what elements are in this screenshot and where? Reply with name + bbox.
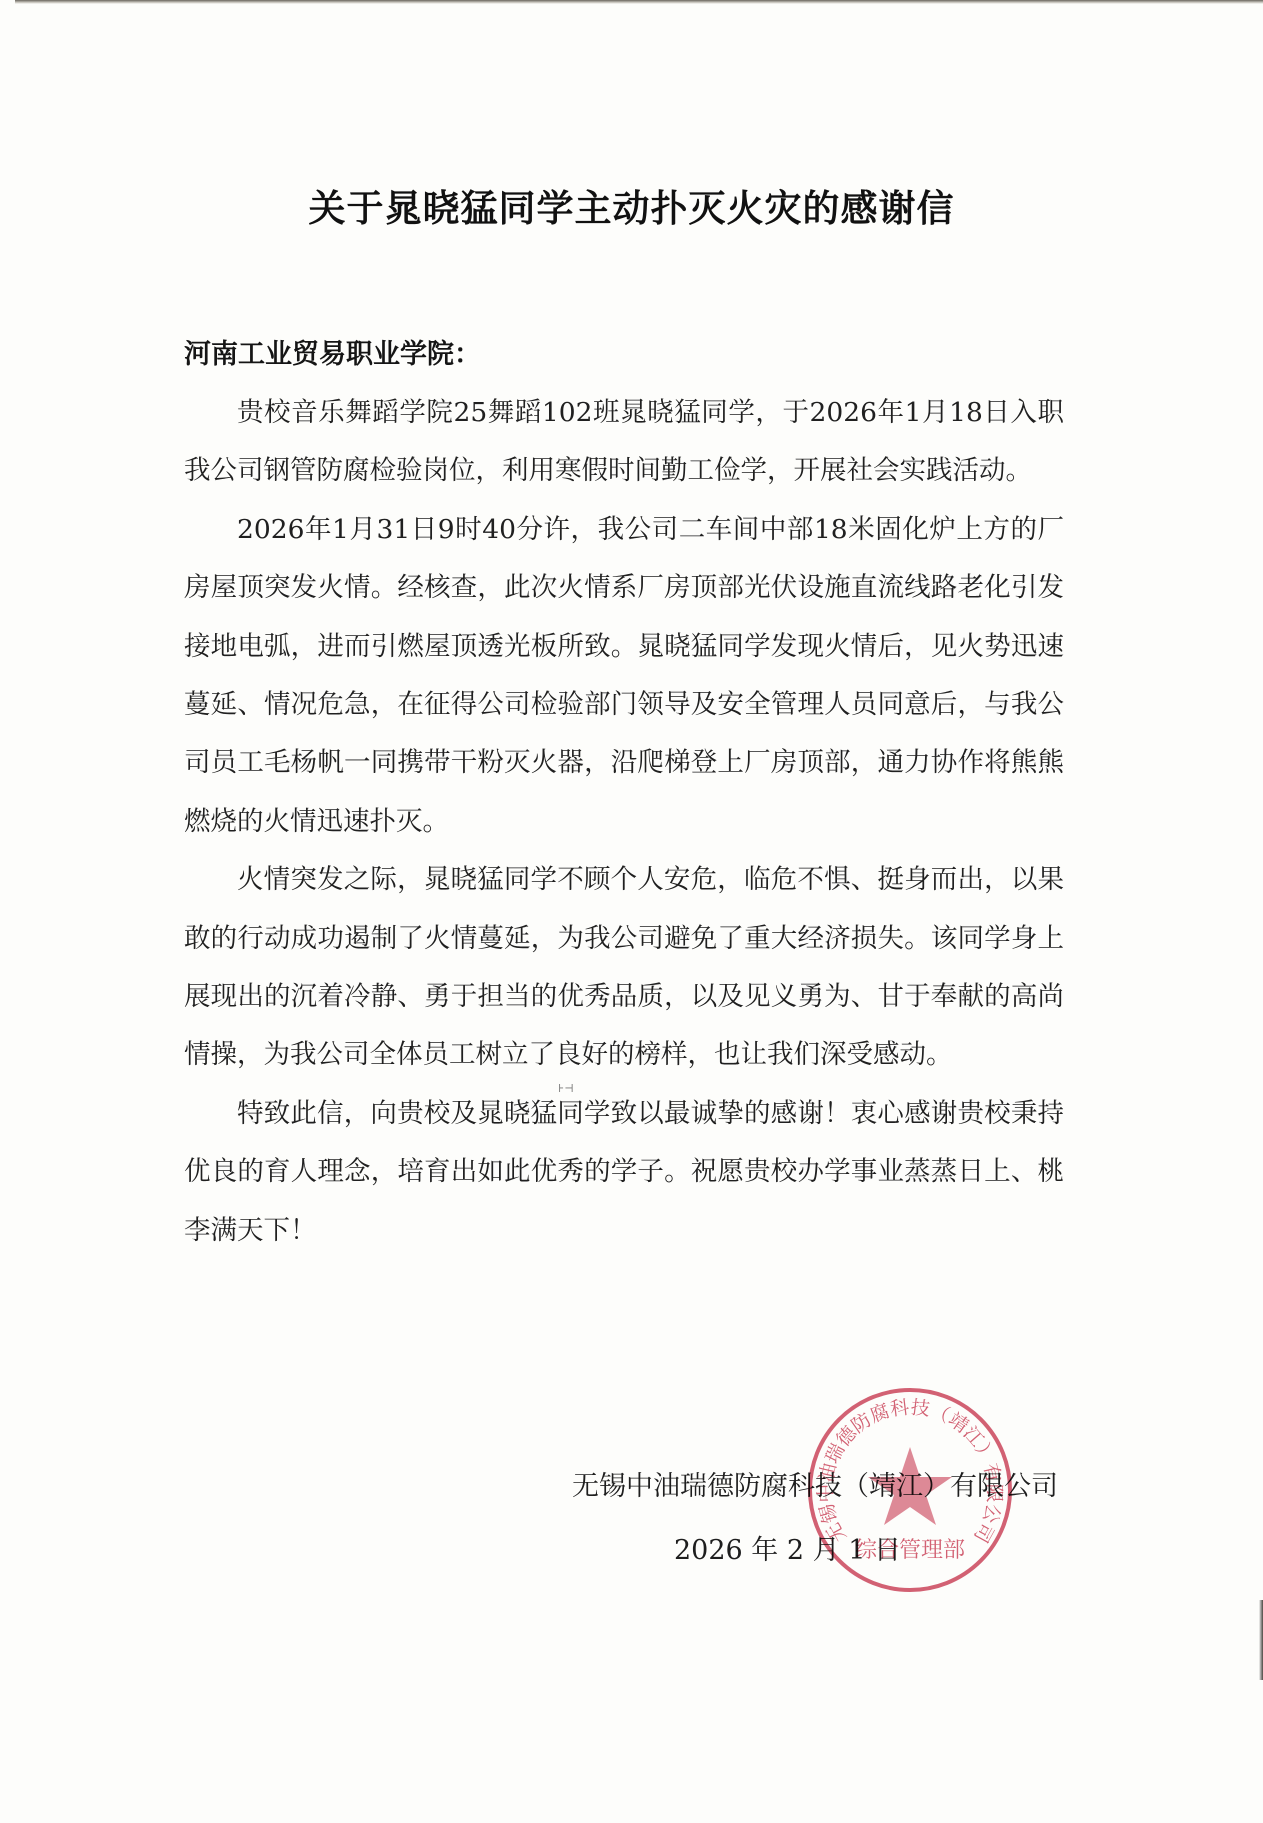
paragraph-2: 2026年1月31日9时40分许，我公司二车间中部18米固化炉上方的厂房屋顶突发… (184, 501, 1064, 851)
paragraph-4: 特致此信，向贵校及晁晓猛同学致以最诚挚的感谢！衷心感谢贵校秉持优良的育人理念，培… (184, 1085, 1064, 1260)
salutation: 河南工业贸易职业学院： (184, 332, 481, 371)
seal-inner-text: 综合管理部 (855, 1538, 965, 1563)
scan-mark: ⊦⊣ (558, 1082, 574, 1095)
paragraph-3: 火情突发之际，晁晓猛同学不顾个人安危，临危不惧、挺身而出，以果敢的行动成功遏制了… (184, 851, 1064, 1085)
official-seal-stamp: 无锡中油瑞德防腐科技（靖江）有限公司 综合管理部 (805, 1385, 1015, 1595)
letter-title: 关于晁晓猛同学主动扑灭火灾的感谢信 (0, 178, 1263, 232)
paragraph-1: 贵校音乐舞蹈学院25舞蹈102班晁晓猛同学，于2026年1月18日入职我公司钢管… (184, 384, 1064, 501)
letter-page: 关于晁晓猛同学主动扑灭火灾的感谢信 河南工业贸易职业学院： 贵校音乐舞蹈学院25… (0, 0, 1263, 1823)
star-icon (868, 1447, 952, 1525)
letter-body: 贵校音乐舞蹈学院25舞蹈102班晁晓猛同学，于2026年1月18日入职我公司钢管… (184, 384, 1064, 1260)
